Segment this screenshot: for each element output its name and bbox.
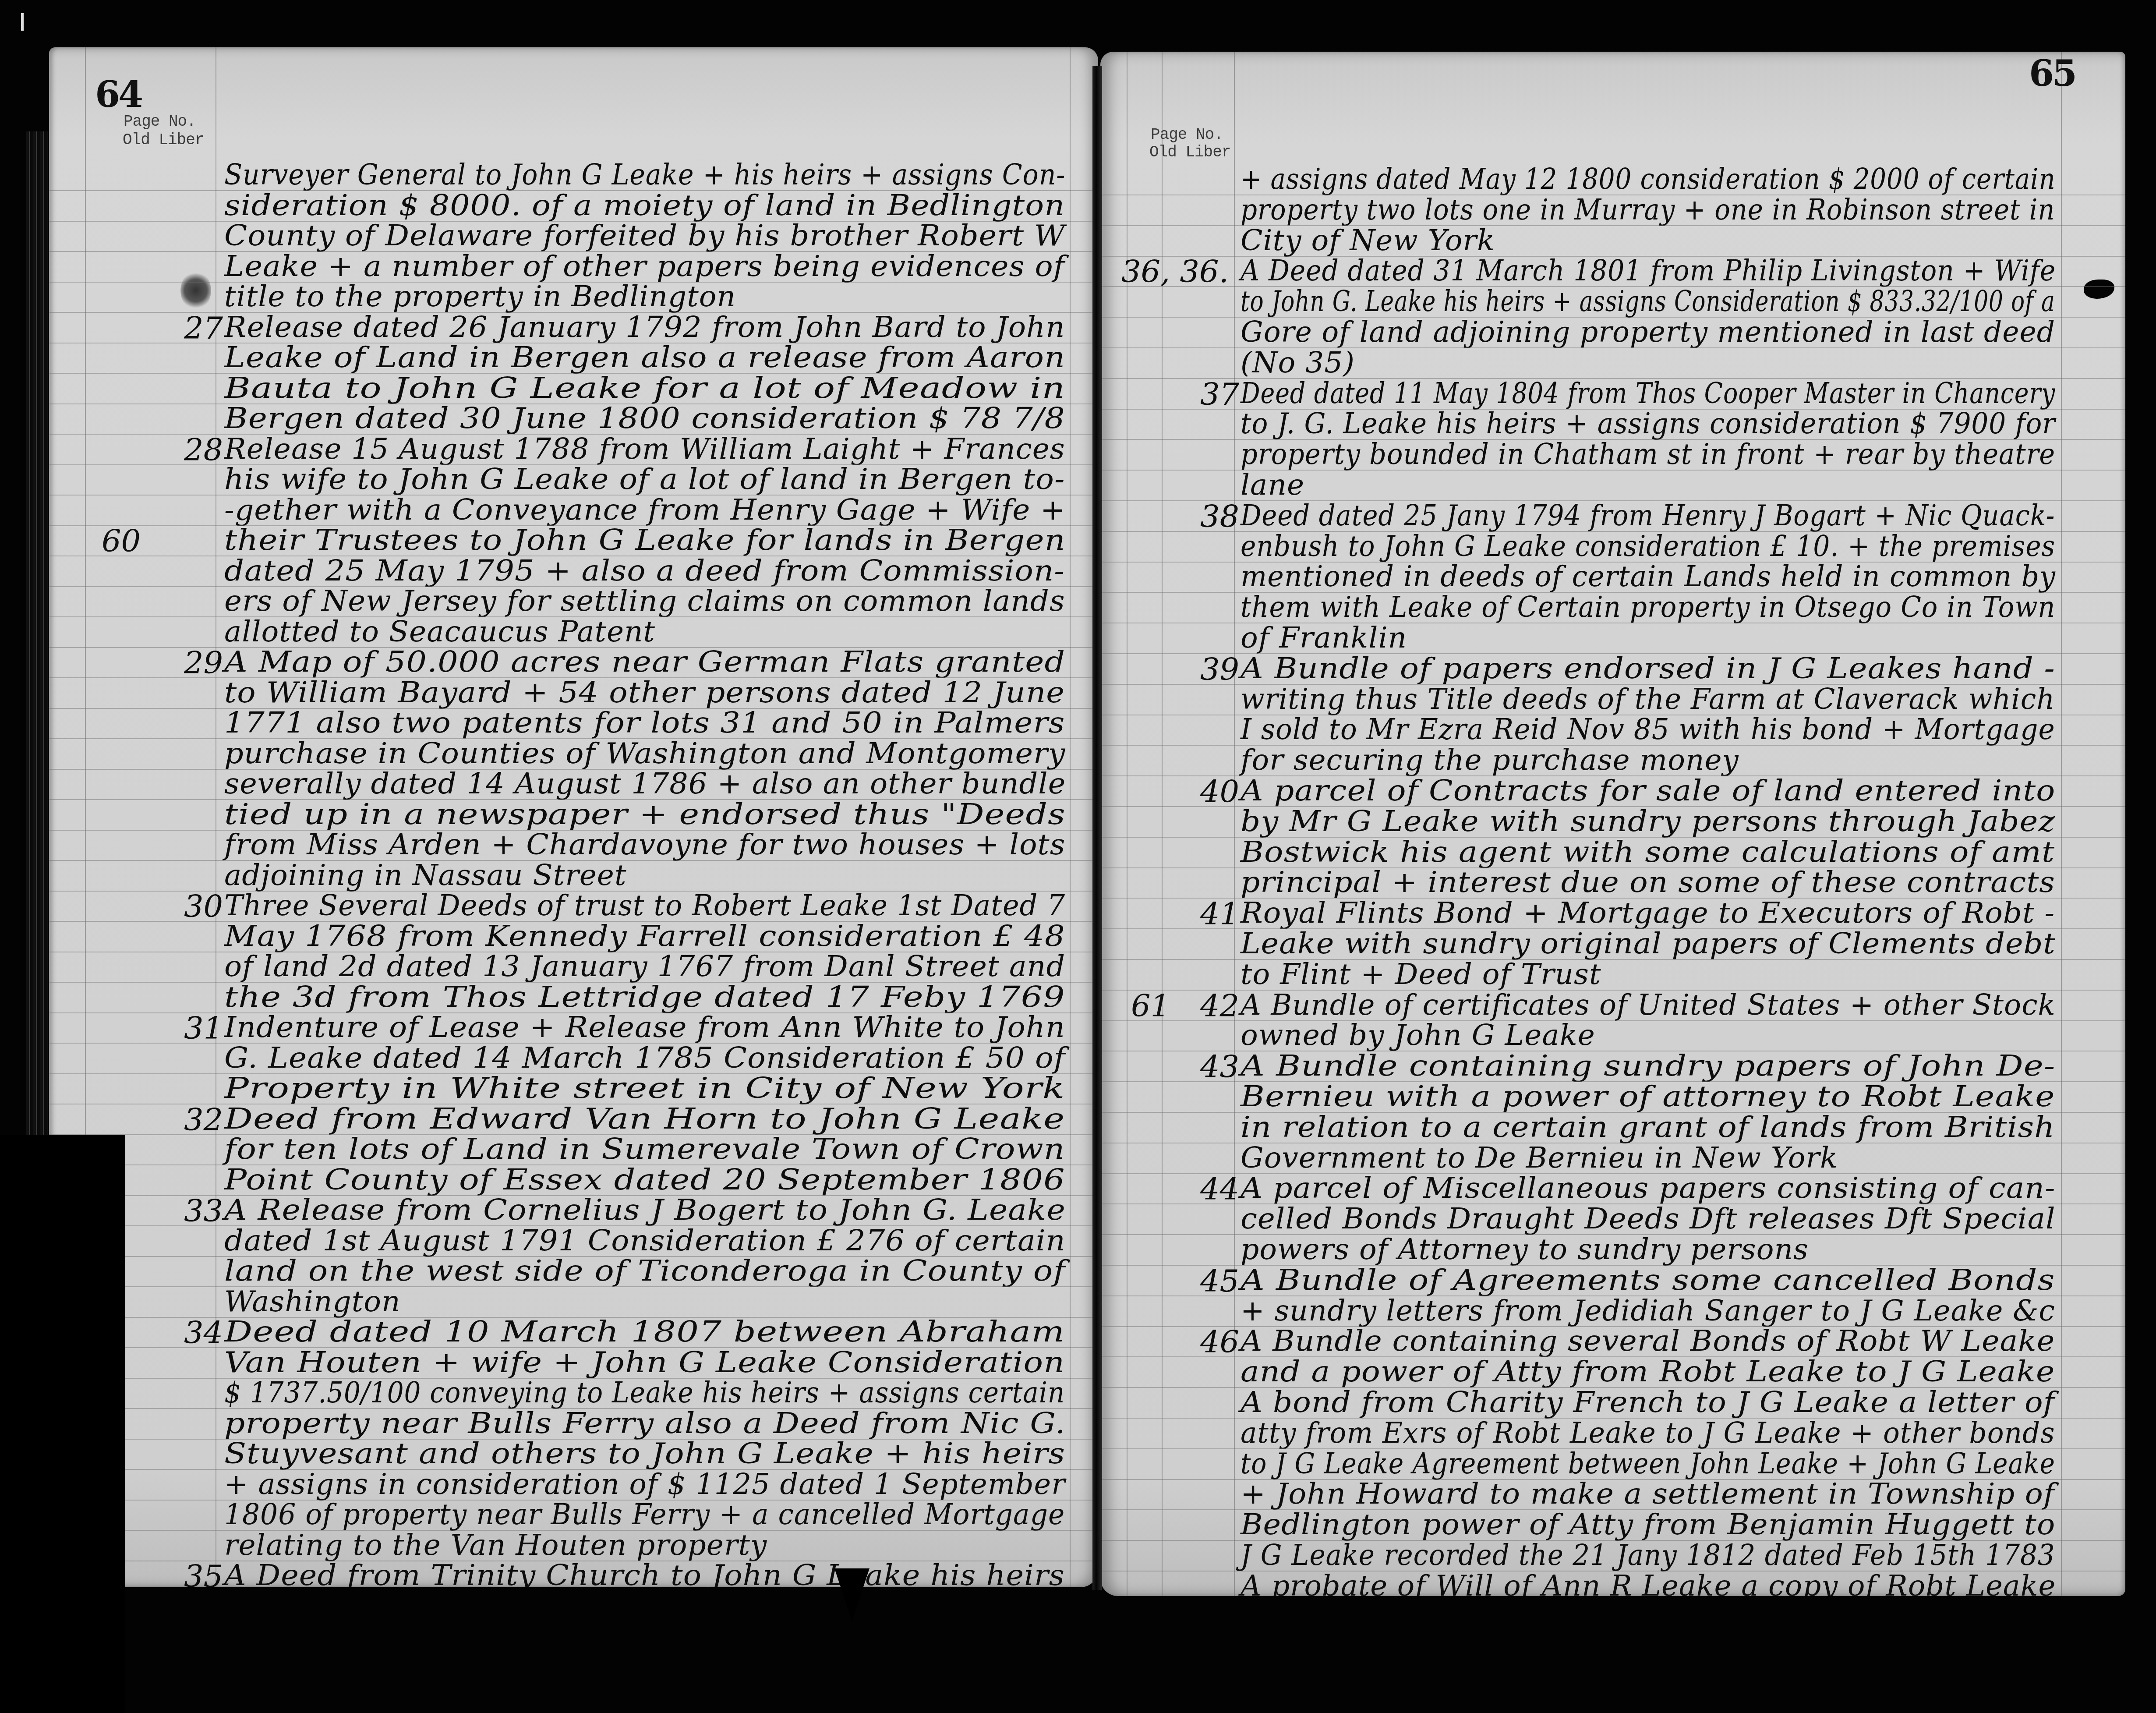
- handwritten-line: of Franklin: [1241, 621, 1407, 655]
- page-no-label: Page No.: [1151, 126, 1223, 144]
- ruled-line: [49, 556, 1098, 556]
- handwritten-line: from Miss Arden + Chardavoyne for two ho…: [224, 828, 1065, 861]
- handwritten-line: allotted to Seacaucus Patent: [224, 615, 655, 648]
- handwritten-line: Release dated 26 January 1792 from John …: [224, 310, 1065, 344]
- handwritten-line: A Deed from Trinity Church to John G Lea…: [224, 1558, 1065, 1587]
- handwritten-line: lane: [1241, 468, 1304, 502]
- handwritten-line: Point County of Essex dated 20 September…: [224, 1163, 1065, 1196]
- handwritten-line: Surveyer General to John G Leake + his h…: [224, 158, 1066, 191]
- scanned-ledger-spread: 64 Page No. Old Liber Surveyer General t…: [0, 0, 2156, 1713]
- ruled-line: [49, 1225, 1098, 1226]
- handwritten-line: I sold to Mr Ezra Reid Nov 85 with his b…: [1241, 712, 2055, 746]
- ruled-line: [1100, 623, 2125, 623]
- ruled-line: [1100, 715, 2125, 715]
- entry-number: 30: [184, 888, 223, 924]
- entry-number: 39: [1200, 651, 1239, 687]
- entry-number: 45: [1200, 1263, 1239, 1299]
- ruled-line: [1100, 1448, 2125, 1449]
- ruled-line: [1100, 1571, 2125, 1571]
- ruled-line: [49, 282, 1098, 283]
- handwritten-line: dated 25 May 1795 + also a deed from Com…: [224, 554, 1065, 588]
- handwritten-line: to Flint + Deed of Trust: [1241, 957, 1601, 991]
- ruled-line: [1100, 531, 2125, 532]
- handwritten-line: Bauta to John G Leake for a lot of Meado…: [224, 371, 1065, 405]
- handwritten-line: A Deed dated 31 March 1801 from Philip L…: [1241, 254, 2056, 287]
- ruled-line: [1100, 1112, 2125, 1113]
- handwritten-line: A parcel of Contracts for sale of land e…: [1241, 774, 2055, 807]
- handwritten-line: Leake of Land in Bergen also a release f…: [224, 340, 1065, 374]
- ruled-line: [1100, 470, 2125, 471]
- handwritten-line: to J. G. Leake his heirs + assigns consi…: [1241, 407, 2056, 440]
- handwritten-line: to John G. Leake his heirs + assigns Con…: [1241, 284, 2055, 318]
- handwritten-line: Property in White street in City of New …: [224, 1071, 1065, 1105]
- handwritten-line: May 1768 from Kennedy Farrell considerat…: [224, 919, 1065, 953]
- ruled-line: [49, 1530, 1098, 1531]
- ruled-line: [1100, 1509, 2125, 1510]
- handwritten-line: severally dated 14 August 1786 + also an…: [224, 767, 1066, 800]
- ruled-line: [1100, 1020, 2125, 1021]
- ruled-line: [1100, 867, 2125, 868]
- ruled-line: [49, 1134, 1098, 1135]
- entry-number: 43: [1200, 1049, 1239, 1085]
- handwritten-line: property near Bulls Ferry also a Deed fr…: [224, 1406, 1066, 1440]
- handwritten-line: Washington: [224, 1285, 400, 1318]
- handwritten-line: G. Leake dated 14 March 1785 Considerati…: [224, 1041, 1065, 1075]
- ruled-line: [49, 221, 1098, 222]
- ruled-line: [49, 1469, 1098, 1470]
- ruled-line: [1100, 990, 2125, 991]
- old-liber-label: Old Liber: [1149, 144, 1230, 161]
- handwritten-line: principal + interest due on some of thes…: [1241, 865, 2055, 899]
- ruled-line: [1100, 1203, 2125, 1204]
- handwritten-line: A Bundle containing several Bonds of Rob…: [1241, 1324, 2055, 1358]
- handwritten-line: dated 1st August 1791 Consideration £ 27…: [224, 1224, 1066, 1257]
- entry-number: 37: [1200, 376, 1239, 412]
- ink-stain: [180, 271, 211, 310]
- handwritten-line: owned by John G Leake: [1241, 1018, 1595, 1052]
- ruled-line: [49, 1286, 1098, 1287]
- ruled-line: [1100, 1295, 2125, 1296]
- ruled-line: [49, 647, 1098, 648]
- ruled-line: [1100, 928, 2125, 929]
- handwritten-line: title to the property in Bedlington: [224, 280, 736, 313]
- ruled-line: [49, 1347, 1098, 1348]
- ruled-line: [1100, 1479, 2125, 1480]
- ruled-line: [1100, 562, 2125, 563]
- handwritten-line: property two lots one in Murray + one in…: [1241, 193, 2055, 227]
- ruled-line: [1100, 775, 2125, 776]
- old-liber-label: Old Liber: [123, 131, 204, 149]
- old-liber-number: 61: [1131, 988, 1170, 1024]
- ruled-line: [1100, 1418, 2125, 1419]
- ruled-line: [1100, 1540, 2125, 1541]
- margin-rule-inner: [216, 47, 216, 1587]
- ruled-line: [49, 1195, 1098, 1196]
- handwritten-line: A Release from Cornelius J Bogert to Joh…: [224, 1193, 1066, 1227]
- entry-number: 34: [184, 1315, 223, 1351]
- entry-number: 36, 36.: [1121, 254, 1229, 290]
- ruled-line: [49, 769, 1098, 770]
- ruled-line: [49, 1561, 1098, 1561]
- ruled-line: [49, 860, 1098, 861]
- right-margin-rule: [1070, 47, 1071, 1587]
- ruled-line: [49, 312, 1098, 313]
- ruled-line: [1100, 317, 2125, 318]
- ruled-line: [49, 1256, 1098, 1257]
- handwritten-line: Bostwick his agent with some calculation…: [1241, 835, 2055, 869]
- handwritten-line: Leake with sundry original papers of Cle…: [1241, 927, 2056, 960]
- handwritten-line: for ten lots of Land in Sumerevale Town …: [224, 1132, 1065, 1166]
- entry-number: 40: [1200, 774, 1239, 810]
- handwritten-line: Release 15 August 1788 from William Laig…: [224, 432, 1065, 466]
- handwritten-line: + assigns dated May 12 1800 consideratio…: [1241, 162, 2056, 196]
- handwritten-line: Deed dated 11 May 1804 from Thos Cooper …: [1241, 376, 2055, 410]
- page-number: 65: [2029, 53, 2075, 95]
- handwritten-line: in relation to a certain grant of lands …: [1241, 1110, 2055, 1144]
- page-tear: [834, 1568, 869, 1621]
- handwritten-line: the 3d from Thos Lettridge dated 17 Feby…: [224, 980, 1065, 1014]
- ruled-line: [49, 616, 1098, 617]
- ruled-line: [49, 830, 1098, 831]
- handwritten-line: Bedlington power of Atty from Benjamin H…: [1241, 1508, 2055, 1541]
- entry-number: 38: [1200, 499, 1239, 534]
- entry-number: 41: [1200, 896, 1239, 932]
- entry-number: 44: [1200, 1171, 1239, 1207]
- ruled-line: [49, 586, 1098, 587]
- ruled-line: [1100, 1234, 2125, 1235]
- index-tab-shadow: [0, 1135, 125, 1713]
- handwritten-line: A Bundle of certificates of United State…: [1241, 988, 2056, 1022]
- ruled-line: [49, 952, 1098, 952]
- ruled-line: [49, 1317, 1098, 1318]
- handwritten-line: Three Several Deeds of trust to Robert L…: [224, 888, 1065, 922]
- handwritten-line: -gether with a Conveyance from Henry Gag…: [224, 493, 1066, 527]
- ruled-line: [49, 373, 1098, 374]
- handwritten-line: Royal Flints Bond + Mortgage to Executor…: [1241, 896, 2055, 930]
- handwritten-line: $ 1737.50/100 conveying to Leake his hei…: [224, 1376, 1065, 1409]
- ruled-line: [1100, 225, 2125, 226]
- handwritten-line: powers of Attorney to sundry persons: [1241, 1232, 1809, 1266]
- ruled-line: [49, 1378, 1098, 1379]
- handwritten-line: tied up in a newspaper + endorsed thus "…: [224, 797, 1066, 831]
- ruled-line: [49, 1164, 1098, 1165]
- handwritten-line: A probate of Will of Ann R Leake a copy …: [1241, 1569, 2056, 1596]
- handwritten-line: his wife to John G Leake of a lot of lan…: [224, 462, 1065, 496]
- ruled-line: [1100, 500, 2125, 501]
- handwritten-line: relating to the Van Houten property: [224, 1528, 767, 1562]
- handwritten-line: writing thus Title deeds of the Farm at …: [1241, 682, 2055, 716]
- ruled-line: [49, 708, 1098, 709]
- ruled-line: [49, 891, 1098, 892]
- ruled-line: [1100, 592, 2125, 593]
- ruled-line: [1100, 745, 2125, 746]
- handwritten-line: + sundry letters from Jedidiah Sanger to…: [1241, 1294, 2055, 1327]
- ruled-line: [49, 1500, 1098, 1501]
- ruled-line: [1100, 1265, 2125, 1266]
- handwritten-line: mentioned in deeds of certain Lands held…: [1241, 559, 2056, 593]
- entry-number: 46: [1200, 1324, 1239, 1360]
- handwritten-line: to William Bayard + 54 other persons dat…: [224, 676, 1065, 709]
- ruled-line: [1100, 837, 2125, 838]
- handwritten-line: A parcel of Miscellaneous papers consist…: [1241, 1171, 2055, 1205]
- entry-number: 33: [184, 1193, 223, 1229]
- handwritten-line: property bounded in Chatham st in front …: [1241, 437, 2055, 471]
- handwritten-line: County of Delaware forfeited by his brot…: [224, 219, 1065, 252]
- handwritten-line: + John Howard to make a settlement in To…: [1241, 1477, 2055, 1511]
- ruled-line: [1100, 1081, 2125, 1082]
- handwritten-line: City of New York: [1241, 223, 1495, 257]
- handwritten-line: A Bundle of Agreements some cancelled Bo…: [1241, 1263, 2055, 1297]
- ink-blot: [2084, 280, 2114, 299]
- margin-rule-inner: [1234, 52, 1235, 1596]
- ruled-line: [49, 251, 1098, 252]
- entry-number: 35: [184, 1558, 223, 1587]
- ruled-line: [49, 525, 1098, 526]
- handwritten-line: Bernieu with a power of attorney to Robt…: [1241, 1079, 2055, 1113]
- entry-number: 42: [1200, 988, 1239, 1024]
- ruled-line: [49, 738, 1098, 739]
- handwritten-line: Deed dated 25 Jany 1794 from Henry J Bog…: [1241, 499, 2055, 532]
- handwritten-line: celled Bonds Draught Deeds Dft releases …: [1241, 1202, 2056, 1235]
- entry-number: 27: [184, 310, 223, 346]
- ruled-line: [1100, 286, 2125, 287]
- entry-number: 32: [184, 1102, 223, 1138]
- handwritten-line: Deed from Edward Van Horn to John G Leak…: [224, 1102, 1065, 1136]
- ruled-line: [1100, 439, 2125, 440]
- ruled-line: [1100, 1051, 2125, 1051]
- book-gutter: [1092, 66, 1102, 1590]
- handwritten-line: Indenture of Lease + Release from Ann Wh…: [224, 1010, 1065, 1044]
- handwritten-line: A Map of 50.000 acres near German Flats …: [224, 645, 1065, 679]
- ruled-line: [49, 434, 1098, 435]
- ruled-line: [49, 1104, 1098, 1104]
- ruled-line: [1100, 1143, 2125, 1143]
- page-no-label: Page No.: [124, 113, 196, 131]
- ruled-line: [1100, 959, 2125, 960]
- handwritten-line: their Trustees to John G Leake for lands…: [224, 523, 1066, 557]
- handwritten-line: sideration $ 8000. of a moiety of land i…: [224, 188, 1065, 222]
- ruled-line: [49, 1012, 1098, 1013]
- ruled-line: [1100, 347, 2125, 348]
- handwritten-line: Government to De Bernieu in New York: [1241, 1141, 1838, 1175]
- handwritten-line: A Bundle of papers endorsed in J G Leake…: [1241, 651, 2055, 685]
- ruled-line: [1100, 256, 2125, 257]
- handwritten-line: them with Leake of Certain property in O…: [1241, 590, 2055, 624]
- ruled-line: [49, 677, 1098, 678]
- handwritten-line: Bergen dated 30 June 1800 consideration …: [224, 401, 1065, 435]
- page-number: 64: [95, 74, 141, 116]
- ruled-line: [49, 190, 1098, 191]
- handwritten-line: purchase in Counties of Washington and M…: [224, 736, 1065, 770]
- handwritten-line: Gore of land adjoining property mentione…: [1241, 315, 2055, 349]
- ruled-line: [49, 799, 1098, 800]
- handwritten-line: (No 35): [1241, 346, 1355, 379]
- handwritten-line: 1806 of property near Bulls Ferry + a ca…: [224, 1497, 1065, 1531]
- ruled-line: [49, 495, 1098, 495]
- ruled-line: [1100, 1356, 2125, 1357]
- handwritten-line: Leake + a number of other papers being e…: [224, 249, 1065, 283]
- handwritten-line: A bond from Charity French to J G Leake …: [1241, 1385, 2055, 1419]
- ruled-line: [49, 1408, 1098, 1409]
- ruled-line: [1100, 1387, 2125, 1388]
- entry-number: 29: [184, 645, 223, 681]
- ruled-line: [49, 921, 1098, 922]
- handwritten-line: J G Leake recorded the 21 Jany 1812 date…: [1241, 1538, 2055, 1572]
- handwritten-line: by Mr G Leake with sundry persons throug…: [1241, 804, 2055, 838]
- right-page: 65 Page No. Old Liber + assigns dated Ma…: [1100, 52, 2125, 1596]
- ruled-line: [1100, 378, 2125, 379]
- handwritten-line: Stuyvesant and others to John G Leake + …: [224, 1437, 1065, 1470]
- scan-speck: [21, 13, 24, 31]
- entry-number: 31: [184, 1010, 223, 1046]
- handwritten-line: and a power of Atty from Robt Leake to J…: [1241, 1355, 2055, 1388]
- ruled-line: [1100, 806, 2125, 807]
- ruled-line: [1100, 898, 2125, 899]
- handwritten-line: Van Houten + wife + John G Leake Conside…: [224, 1345, 1065, 1379]
- ruled-line: [1100, 653, 2125, 654]
- left-page: 64 Page No. Old Liber Surveyer General t…: [49, 47, 1098, 1587]
- handwritten-line: A Bundle containing sundry papers of Joh…: [1241, 1049, 2056, 1083]
- handwritten-line: ers of New Jersey for settling claims on…: [224, 584, 1065, 618]
- ruled-line: [49, 1439, 1098, 1440]
- ruled-line: [1100, 195, 2125, 195]
- ruled-line: [1100, 1173, 2125, 1174]
- handwritten-line: land on the west side of Ticonderoga in …: [224, 1254, 1066, 1288]
- right-margin-rule: [2061, 52, 2062, 1596]
- handwritten-line: atty from Exrs of Robt Leake to J G Leak…: [1241, 1416, 2055, 1450]
- entry-number: 28: [184, 432, 223, 468]
- ruled-line: [49, 982, 1098, 983]
- handwritten-line: of land 2d dated 13 January 1767 from Da…: [224, 949, 1065, 983]
- old-liber-number: 60: [102, 523, 141, 559]
- ruled-line: [49, 1073, 1098, 1074]
- handwritten-line: + assigns in consideration of $ 1125 dat…: [224, 1467, 1065, 1501]
- ruled-line: [49, 343, 1098, 343]
- handwritten-line: 1771 also two patents for lots 31 and 50…: [224, 706, 1065, 740]
- handwritten-line: to J G Leake Agreement between John Leak…: [1241, 1447, 2055, 1480]
- handwritten-line: adjoining in Nassau Street: [224, 858, 626, 892]
- ruled-line: [49, 403, 1098, 404]
- ruled-line: [49, 464, 1098, 465]
- ruled-line: [1100, 684, 2125, 685]
- handwritten-line: enbush to John G Leake consideration £ 1…: [1241, 529, 2055, 563]
- ruled-line: [49, 1043, 1098, 1044]
- ruled-line: [1100, 409, 2125, 410]
- handwritten-line: for securing the purchase money: [1241, 743, 1739, 777]
- handwritten-line: Deed dated 10 March 1807 between Abraham: [224, 1315, 1065, 1348]
- ruled-line: [1100, 1326, 2125, 1327]
